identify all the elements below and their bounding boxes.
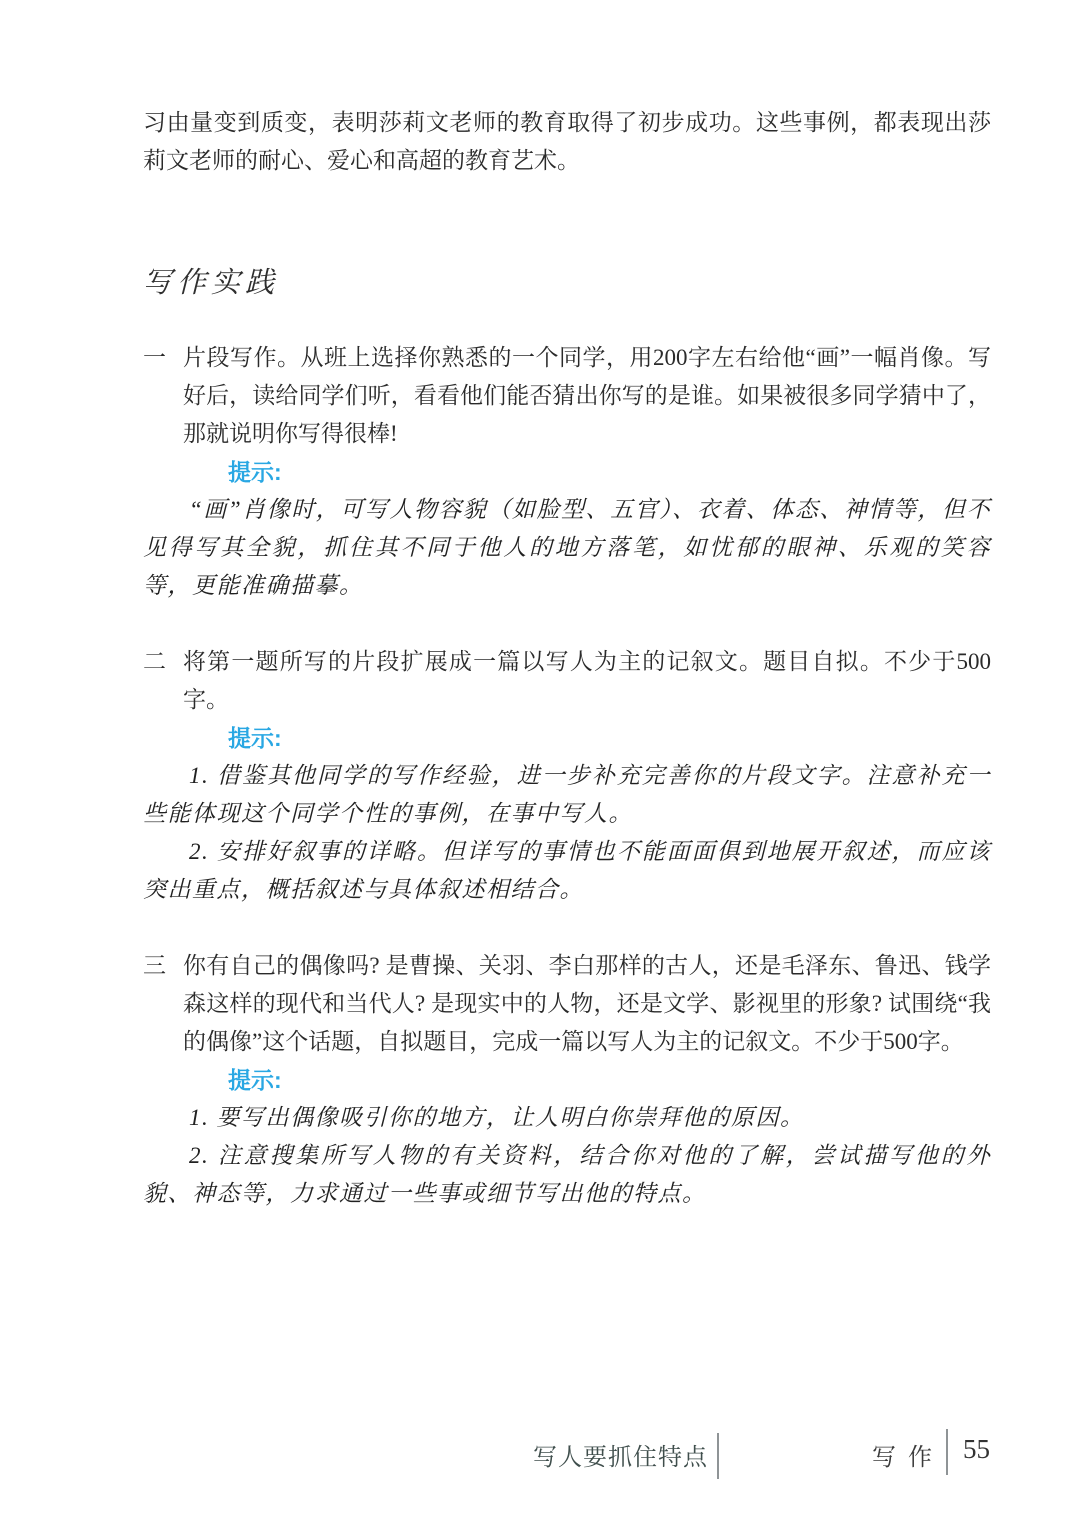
task-3-number: 三 [143, 947, 166, 985]
footer-divider-1 [717, 1433, 719, 1479]
task-1-number: 一 [143, 339, 166, 377]
textbook-page: 习由量变到质变，表明莎莉文老师的教育取得了初步成功。这些事例，都表现出莎莉文老师… [0, 0, 1080, 1526]
footer-divider-2 [946, 1429, 948, 1475]
task-3-text: 你有自己的偶像吗? 是曹操、关羽、李白那样的古人，还是毛泽东、鲁迅、钱学森这样的… [183, 947, 991, 1061]
task-2-hint-text-1: 1. 借鉴其他同学的写作经验，进一步补充完善你的片段文字。注意补充一些能体现这个… [143, 757, 991, 833]
task-2-number: 二 [143, 643, 166, 681]
footer-section-label: 写作 [872, 1437, 944, 1472]
task-2-hint-label: 提示: [228, 719, 991, 757]
task-2: 二 将第一题所写的片段扩展成一篇以写人为主的记叙文。题目自拟。不少于500字。 … [143, 643, 991, 909]
task-1: 一 片段写作。从班上选择你熟悉的一个同学，用200字左右给他“画”一幅肖像。写好… [143, 339, 991, 605]
section-heading: 写作实践 [143, 260, 991, 301]
task-1-hint-text: “画”肖像时，可写人物容貌（如脸型、五官）、衣着、体态、神情等，但不见得写其全貌… [143, 491, 991, 605]
footer-chapter-title: 写人要抓住特点 [533, 1437, 708, 1472]
task-2-text: 将第一题所写的片段扩展成一篇以写人为主的记叙文。题目自拟。不少于500字。 [183, 643, 991, 719]
task-3: 三 你有自己的偶像吗? 是曹操、关羽、李白那样的古人，还是毛泽东、鲁迅、钱学森这… [143, 947, 991, 1213]
task-3-hint-label: 提示: [228, 1061, 991, 1099]
task-2-hint-text-2: 2. 安排好叙事的详略。但详写的事情也不能面面俱到地展开叙述，而应该突出重点，概… [143, 833, 991, 909]
footer-page-number: 55 [963, 1434, 990, 1465]
intro-paragraph: 习由量变到质变，表明莎莉文老师的教育取得了初步成功。这些事例，都表现出莎莉文老师… [143, 104, 991, 180]
task-1-text: 片段写作。从班上选择你熟悉的一个同学，用200字左右给他“画”一幅肖像。写好后，… [183, 339, 991, 453]
task-3-hint-text-1: 1. 要写出偶像吸引你的地方，让人明白你崇拜他的原因。 [143, 1099, 991, 1137]
task-1-hint-label: 提示: [228, 453, 991, 491]
page-content: 习由量变到质变，表明莎莉文老师的教育取得了初步成功。这些事例，都表现出莎莉文老师… [143, 104, 991, 1213]
task-3-hint-text-2: 2. 注意搜集所写人物的有关资料，结合你对他的了解，尝试描写他的外貌、神态等，力… [143, 1137, 991, 1213]
